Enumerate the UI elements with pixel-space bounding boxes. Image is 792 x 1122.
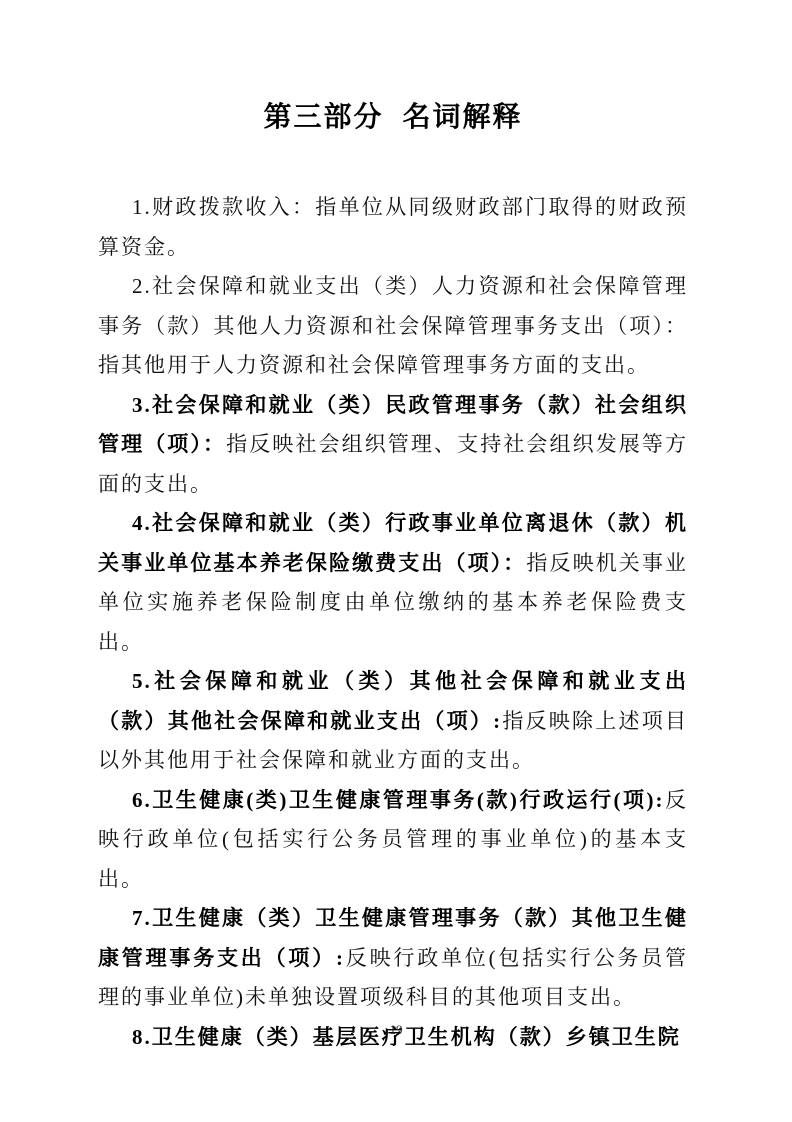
term-paragraph-1: 1.财政拨款收入：指单位从同级财政部门取得的财政预算资金。: [98, 188, 688, 267]
glossary-content: 1.财政拨款收入：指单位从同级财政部门取得的财政预算资金。 2.社会保障和就业支…: [98, 188, 688, 1057]
term-definition-2: 2.社会保障和就业支出（类）人力资源和社会保障管理事务（款）其他人力资源和社会保…: [98, 274, 688, 377]
term-paragraph-5: 5.社会保障和就业（类）其他社会保障和就业支出（款）其他社会保障和就业支出（项）…: [98, 662, 688, 781]
term-paragraph-6: 6.卫生健康(类)卫生健康管理事务(款)行政运行(项):反映行政单位(包括实行公…: [98, 781, 688, 900]
term-definition-1: 1.财政拨款收入：指单位从同级财政部门取得的财政预算资金。: [98, 195, 688, 259]
term-paragraph-2: 2.社会保障和就业支出（类）人力资源和社会保障管理事务（款）其他人力资源和社会保…: [98, 267, 688, 386]
page-title: 第三部分 名词解释: [98, 100, 688, 136]
term-paragraph-4: 4.社会保障和就业（类）行政事业单位离退休（款）机关事业单位基本养老保险缴费支出…: [98, 504, 688, 662]
document-page: 第三部分 名词解释 1.财政拨款收入：指单位从同级财政部门取得的财政预算资金。 …: [0, 0, 792, 1122]
term-paragraph-7: 7.卫生健康（类）卫生健康管理事务（款）其他卫生健康管理事务支出（项）:反映行政…: [98, 899, 688, 1018]
term-name-6: 6.卫生健康(类)卫生健康管理事务(款)行政运行(项):: [132, 788, 665, 812]
term-paragraph-3: 3.社会保障和就业（类）民政管理事务（款）社会组织管理（项）：指反映社会组织管理…: [98, 386, 688, 505]
page-number: 19: [0, 1022, 792, 1038]
